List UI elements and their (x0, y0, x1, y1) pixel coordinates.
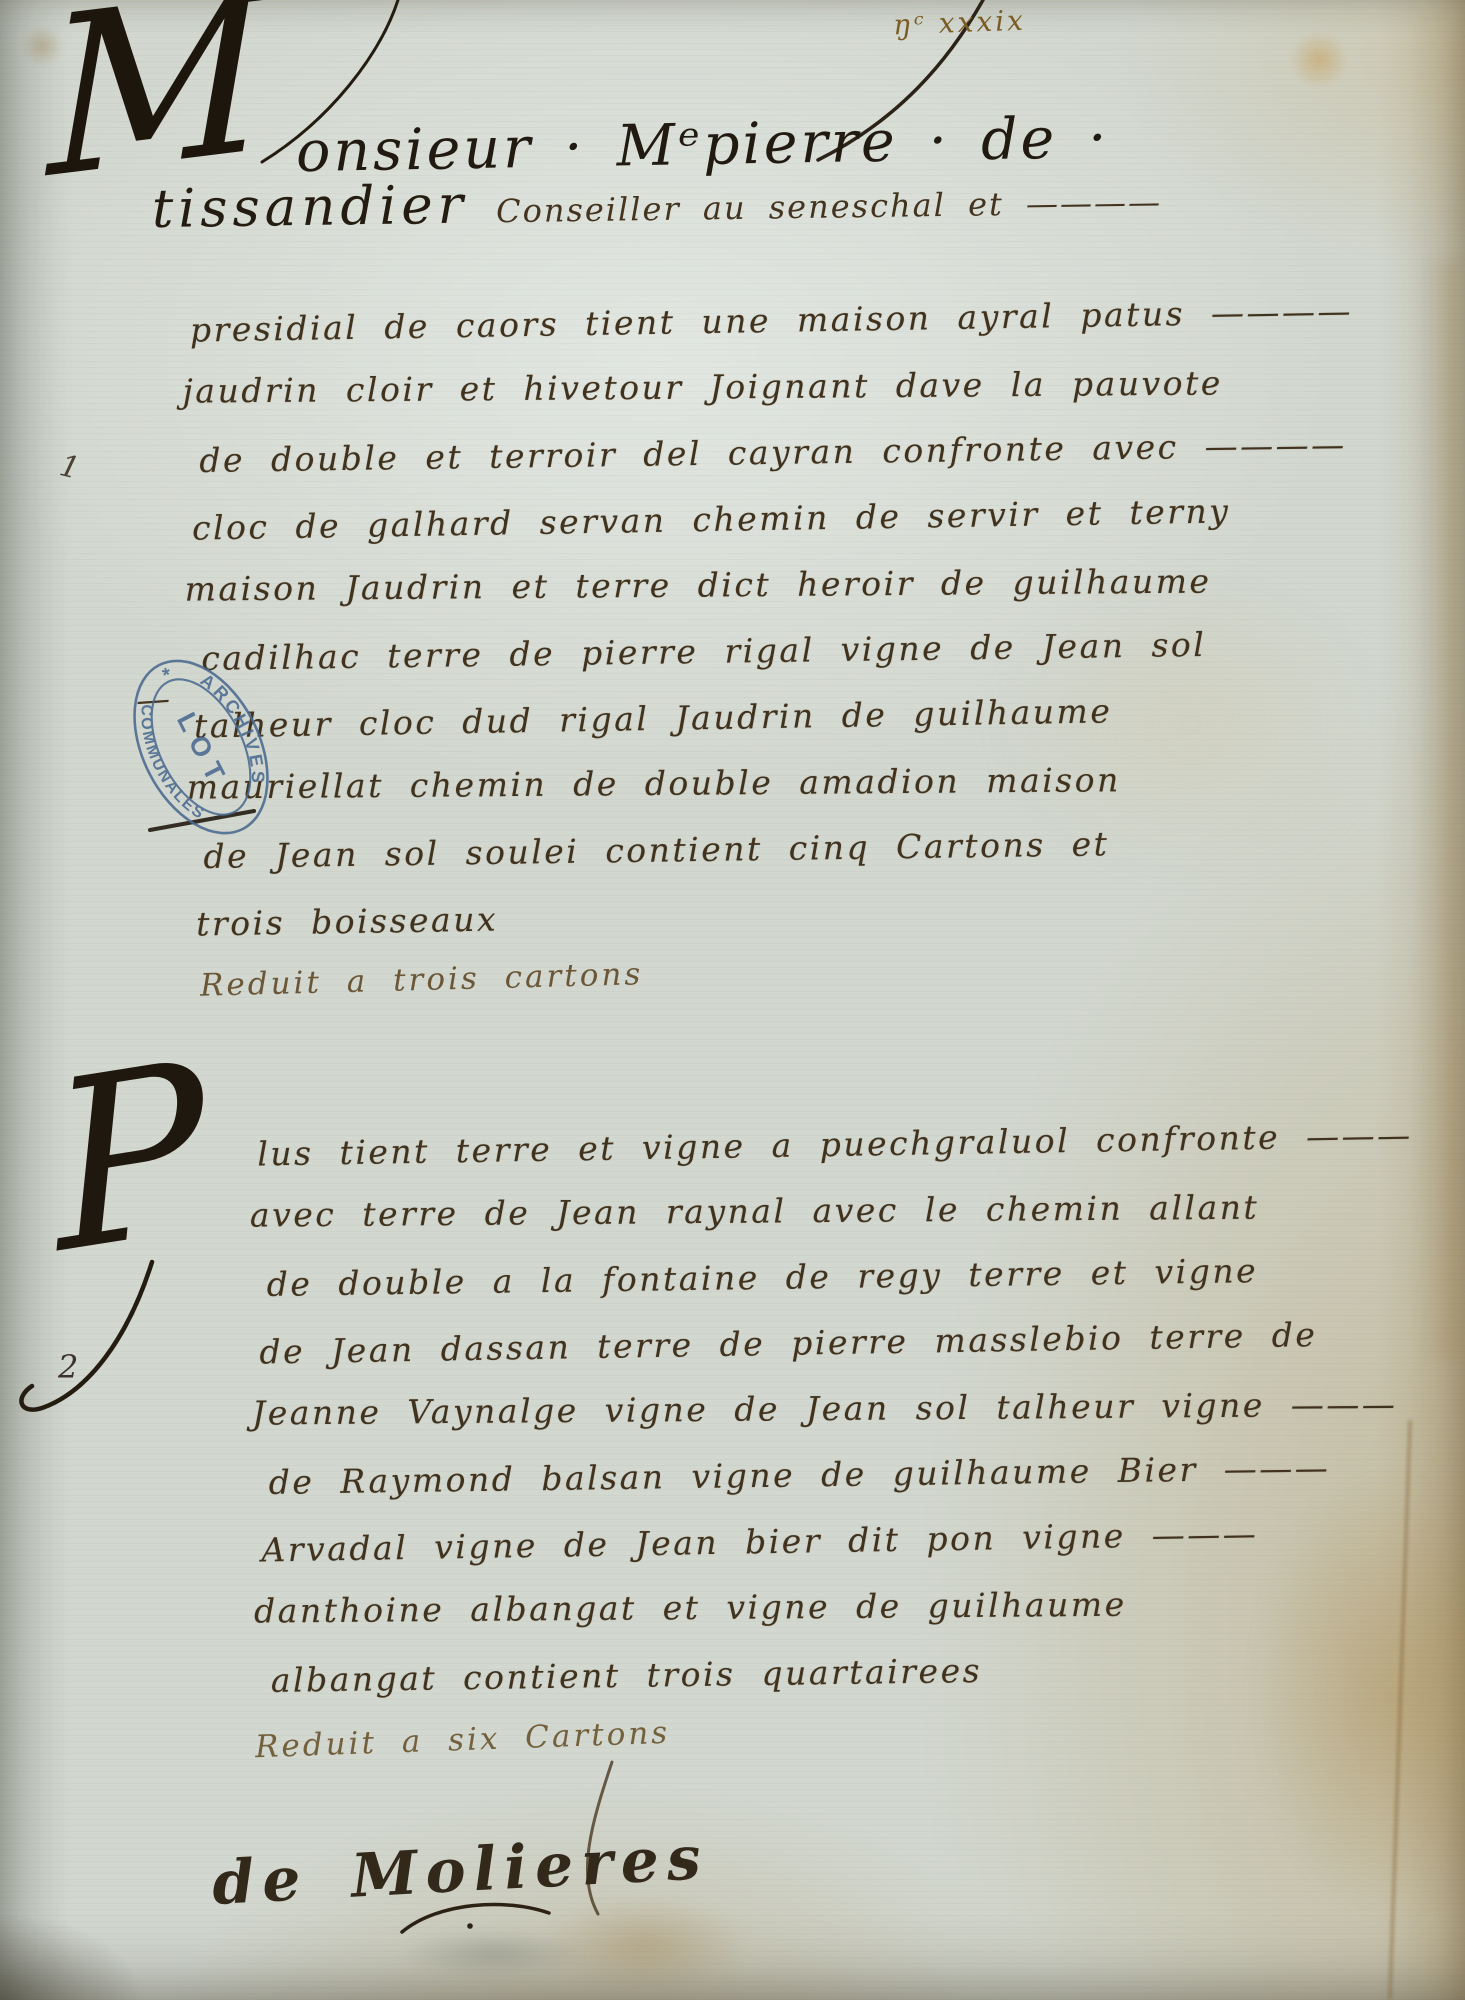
stain-right-edge (1420, 260, 1460, 1360)
manuscript-line: Jeanne Vaynalge vigne de Jean sol talheu… (252, 1371, 1416, 1446)
manuscript-page: ŋᶜ xxxix M onsieur · Mᵉpierre · de · tis… (0, 0, 1465, 2000)
heading-continuation: Conseiller au seneschal et ———— (496, 183, 1162, 230)
ink-smudge (400, 1930, 590, 1978)
stamp-text-lot: LOT (171, 708, 235, 794)
signature-paraph-icon (402, 1905, 549, 1932)
paragraph-2: lus tient terre et vigne a puechgraluol … (249, 1106, 1419, 1712)
paragraph-2-initial: P (43, 1030, 217, 1286)
reduction-note-2: Reduit a six Cartons (254, 1715, 670, 1765)
heading-line2: tissandierConseiller au seneschal et ———… (152, 165, 1163, 240)
folio-number: ŋᶜ xxxix (892, 4, 1026, 42)
signature: de Molieres (211, 1823, 711, 1919)
paraph-dot-icon (467, 1923, 473, 1929)
manuscript-line: avec terre de Jean raynal avec le chemin… (250, 1173, 1414, 1248)
shadow-corner (0, 1915, 140, 2000)
heading-surname: tissandier (152, 175, 469, 240)
margin-number-1: 1 (56, 448, 83, 487)
paragraph-1: presidial de caors tient une maison ayra… (182, 282, 1360, 954)
manuscript-line: danthoine albangat et vigne de guilhaume (254, 1569, 1418, 1644)
manuscript-line: albangat contient trois quartairees (254, 1632, 1418, 1714)
stain-bottom-center (540, 1895, 750, 1995)
stain-top-right (1288, 32, 1350, 88)
archives-lot-stamp: ARCHIVES COMMUNALES LOT * (96, 642, 306, 852)
margin-number-2: 2 (58, 1348, 78, 1386)
reduction-note-1: Reduit a trois cartons (200, 956, 644, 1004)
